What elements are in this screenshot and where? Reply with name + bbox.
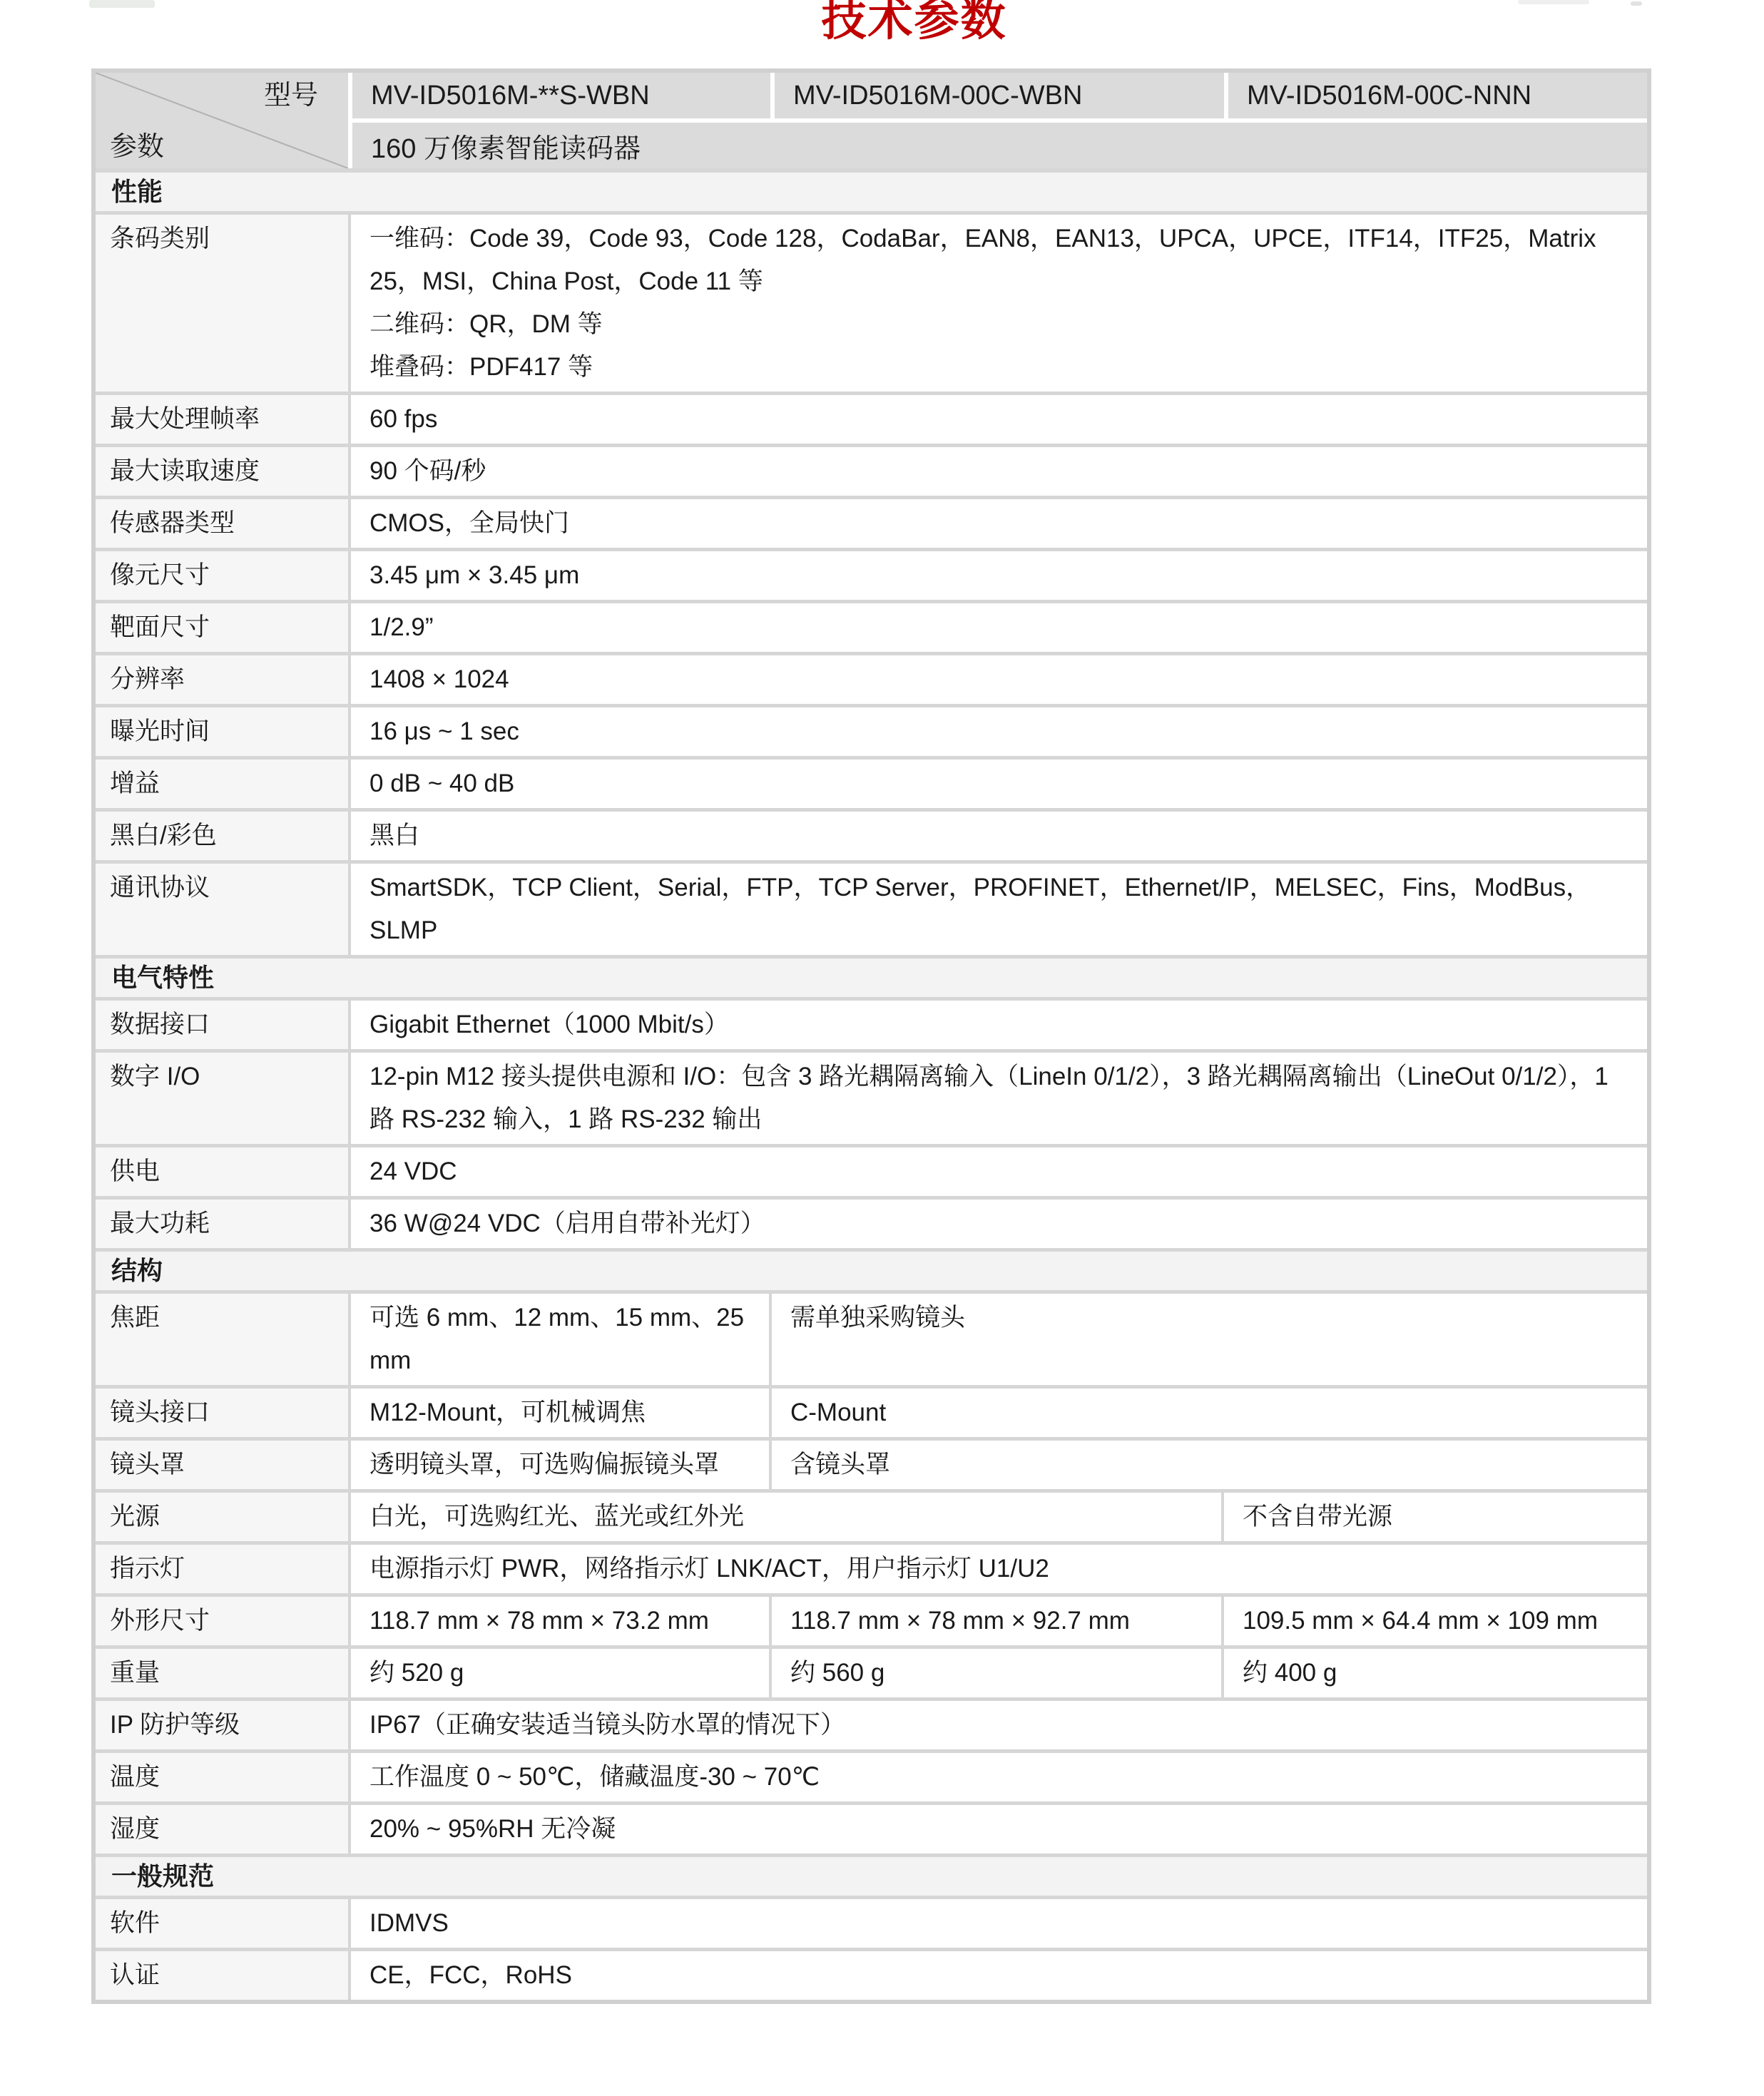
row-max-reading-speed: 最大读取速度 90 个码/秒 bbox=[96, 444, 1647, 496]
row-humidity: 湿度 20% ~ 95%RH 无冷凝 bbox=[96, 1801, 1647, 1854]
row-label: 光源 bbox=[96, 1493, 348, 1541]
row-max-processing-frame-rate: 最大处理帧率 60 fps bbox=[96, 392, 1647, 444]
row-value: Gigabit Ethernet（1000 Mbit/s） bbox=[348, 1001, 1647, 1049]
section-electrical: 电气特性 bbox=[96, 955, 1647, 997]
row-value: 3.45 μm × 3.45 μm bbox=[348, 551, 1647, 600]
row-label: 镜头接口 bbox=[96, 1389, 348, 1437]
row-value-model2: 约 560 g bbox=[769, 1649, 1221, 1697]
section-title: 一般规范 bbox=[96, 1857, 1647, 1896]
row-indicators: 指示灯 电源指示灯 PWR，网络指示灯 LNK/ACT，用户指示灯 U1/U2 bbox=[96, 1541, 1647, 1593]
row-value: 24 VDC bbox=[348, 1147, 1647, 1196]
row-value-model23: C-Mount bbox=[769, 1389, 1647, 1437]
row-value-model2: 118.7 mm × 78 mm × 92.7 mm bbox=[769, 1597, 1221, 1645]
section-general: 一般规范 bbox=[96, 1854, 1647, 1896]
row-label: 通讯协议 bbox=[96, 864, 348, 955]
row-label: 分辨率 bbox=[96, 655, 348, 704]
model-name-row: MV-ID5016M-**S-WBN MV-ID5016M-00C-WBN MV… bbox=[352, 73, 1647, 118]
header-corner-cell: 型号 参数 bbox=[96, 73, 348, 168]
row-communication-protocols: 通讯协议 SmartSDK，TCP Client，Serial，FTP，TCP … bbox=[96, 860, 1647, 955]
row-value: 1/2.9” bbox=[348, 603, 1647, 652]
row-pixel-size: 像元尺寸 3.45 μm × 3.45 μm bbox=[96, 548, 1647, 600]
model-name-1: MV-ID5016M-**S-WBN bbox=[352, 73, 770, 118]
section-structure: 结构 bbox=[96, 1248, 1647, 1290]
table-header: 型号 参数 MV-ID5016M-**S-WBN MV-ID5016M-00C-… bbox=[96, 73, 1647, 168]
row-label: 湿度 bbox=[96, 1805, 348, 1854]
row-label: 像元尺寸 bbox=[96, 551, 348, 600]
model-name-3: MV-ID5016M-00C-NNN bbox=[1228, 73, 1647, 118]
row-label: 黑白/彩色 bbox=[96, 812, 348, 860]
section-title: 电气特性 bbox=[96, 958, 1647, 997]
row-value: CMOS，全局快门 bbox=[348, 499, 1647, 548]
row-sensor-type: 传感器类型 CMOS，全局快门 bbox=[96, 496, 1647, 548]
row-value-model1: 可选 6 mm、12 mm、15 mm、25 mm bbox=[348, 1294, 769, 1385]
barcode-line-1d: 一维码：Code 39，Code 93，Code 128，CodaBar，EAN… bbox=[369, 218, 1634, 303]
row-digital-io: 数字 I/O 12-pin M12 接头提供电源和 I/O：包含 3 路光耦隔离… bbox=[96, 1049, 1647, 1144]
header-corner-model-label: 型号 bbox=[264, 78, 318, 113]
row-data-interface: 数据接口 Gigabit Ethernet（1000 Mbit/s） bbox=[96, 997, 1647, 1049]
barcode-line-2d: 二维码：QR，DM 等 bbox=[369, 303, 1634, 346]
row-label: 最大功耗 bbox=[96, 1200, 348, 1248]
row-label: 最大处理帧率 bbox=[96, 395, 348, 444]
row-sensor-format: 靶面尺寸 1/2.9” bbox=[96, 600, 1647, 652]
section-title: 性能 bbox=[96, 173, 1647, 211]
row-value-model12: 白光，可选购红光、蓝光或红外光 bbox=[348, 1493, 1221, 1541]
row-value: IP67（正确安装适当镜头防水罩的情况下） bbox=[348, 1701, 1647, 1749]
row-exposure-time: 曝光时间 16 μs ~ 1 sec bbox=[96, 704, 1647, 756]
row-lens-mount: 镜头接口 M12-Mount，可机械调焦 C-Mount bbox=[96, 1385, 1647, 1437]
row-value-model23: 需单独采购镜头 bbox=[769, 1294, 1647, 1385]
row-label: 传感器类型 bbox=[96, 499, 348, 548]
row-value: 36 W@24 VDC（启用自带补光灯） bbox=[348, 1200, 1647, 1248]
row-label: 数据接口 bbox=[96, 1001, 348, 1049]
row-value: IDMVS bbox=[348, 1899, 1647, 1948]
row-weight: 重量 约 520 g 约 560 g 约 400 g bbox=[96, 1645, 1647, 1697]
header-right: MV-ID5016M-**S-WBN MV-ID5016M-00C-WBN MV… bbox=[352, 73, 1647, 168]
row-certifications: 认证 CE，FCC，RoHS bbox=[96, 1948, 1647, 2000]
section-title: 结构 bbox=[96, 1252, 1647, 1290]
row-focal-length: 焦距 可选 6 mm、12 mm、15 mm、25 mm 需单独采购镜头 bbox=[96, 1290, 1647, 1385]
row-label: 最大读取速度 bbox=[96, 447, 348, 496]
row-value: SmartSDK，TCP Client，Serial，FTP，TCP Serve… bbox=[348, 864, 1647, 955]
page-title: 技术参数 bbox=[32, 0, 1764, 46]
header-corner-parameter-label: 参数 bbox=[110, 130, 164, 164]
row-label: 重量 bbox=[96, 1649, 348, 1697]
row-value: 16 μs ~ 1 sec bbox=[348, 707, 1647, 756]
row-value: 90 个码/秒 bbox=[348, 447, 1647, 496]
row-max-power-consumption: 最大功耗 36 W@24 VDC（启用自带补光灯） bbox=[96, 1196, 1647, 1248]
row-label: IP 防护等级 bbox=[96, 1701, 348, 1749]
row-label: 认证 bbox=[96, 1951, 348, 2000]
row-value: 1408 × 1024 bbox=[348, 655, 1647, 704]
row-label: 曝光时间 bbox=[96, 707, 348, 756]
row-label: 指示灯 bbox=[96, 1545, 348, 1593]
row-value-model1: 约 520 g bbox=[348, 1649, 769, 1697]
row-power-supply: 供电 24 VDC bbox=[96, 1144, 1647, 1196]
row-value: 60 fps bbox=[348, 395, 1647, 444]
row-value: 一维码：Code 39，Code 93，Code 128，CodaBar，EAN… bbox=[348, 215, 1647, 392]
row-value-model3: 约 400 g bbox=[1221, 1649, 1647, 1697]
section-performance: 性能 bbox=[96, 168, 1647, 211]
row-light-source: 光源 白光，可选购红光、蓝光或红外光 不含自带光源 bbox=[96, 1489, 1647, 1541]
row-label: 增益 bbox=[96, 760, 348, 808]
row-value: 工作温度 0 ~ 50℃，储藏温度-30 ~ 70℃ bbox=[348, 1753, 1647, 1801]
row-mono-color: 黑白/彩色 黑白 bbox=[96, 808, 1647, 860]
row-value: 20% ~ 95%RH 无冷凝 bbox=[348, 1805, 1647, 1854]
row-value-model23: 含镜头罩 bbox=[769, 1441, 1647, 1489]
row-value-model1: 透明镜头罩，可选购偏振镜头罩 bbox=[348, 1441, 769, 1489]
product-category-subheader: 160 万像素智能读码器 bbox=[352, 123, 1647, 168]
barcode-line-stacked: 堆叠码：PDF417 等 bbox=[369, 346, 1634, 389]
row-resolution: 分辨率 1408 × 1024 bbox=[96, 652, 1647, 704]
row-ip-rating: IP 防护等级 IP67（正确安装适当镜头防水罩的情况下） bbox=[96, 1697, 1647, 1749]
row-value: 黑白 bbox=[348, 812, 1647, 860]
row-value: CE，FCC，RoHS bbox=[348, 1951, 1647, 2000]
row-label: 软件 bbox=[96, 1899, 348, 1948]
row-label: 条码类别 bbox=[96, 215, 348, 392]
row-value: 0 dB ~ 40 dB bbox=[348, 760, 1647, 808]
row-software: 软件 IDMVS bbox=[96, 1896, 1647, 1948]
row-label: 温度 bbox=[96, 1753, 348, 1801]
row-barcode-types: 条码类别 一维码：Code 39，Code 93，Code 128，CodaBa… bbox=[96, 211, 1647, 392]
row-label: 靶面尺寸 bbox=[96, 603, 348, 652]
row-label: 镜头罩 bbox=[96, 1441, 348, 1489]
row-dimensions: 外形尺寸 118.7 mm × 78 mm × 73.2 mm 118.7 mm… bbox=[96, 1593, 1647, 1645]
spec-table: 型号 参数 MV-ID5016M-**S-WBN MV-ID5016M-00C-… bbox=[91, 68, 1651, 2004]
row-label: 供电 bbox=[96, 1147, 348, 1196]
row-value: 电源指示灯 PWR，网络指示灯 LNK/ACT，用户指示灯 U1/U2 bbox=[348, 1545, 1647, 1593]
row-value-model1: M12-Mount，可机械调焦 bbox=[348, 1389, 769, 1437]
row-value-model1: 118.7 mm × 78 mm × 73.2 mm bbox=[348, 1597, 769, 1645]
row-lens-cover: 镜头罩 透明镜头罩，可选购偏振镜头罩 含镜头罩 bbox=[96, 1437, 1647, 1489]
model-name-2: MV-ID5016M-00C-WBN bbox=[775, 73, 1224, 118]
row-label: 外形尺寸 bbox=[96, 1597, 348, 1645]
row-gain: 增益 0 dB ~ 40 dB bbox=[96, 756, 1647, 808]
row-temperature: 温度 工作温度 0 ~ 50℃，储藏温度-30 ~ 70℃ bbox=[96, 1749, 1647, 1801]
row-value-model3: 109.5 mm × 64.4 mm × 109 mm bbox=[1221, 1597, 1647, 1645]
row-label: 数字 I/O bbox=[96, 1053, 348, 1144]
row-value-model3: 不含自带光源 bbox=[1221, 1493, 1647, 1541]
row-label: 焦距 bbox=[96, 1294, 348, 1385]
row-value: 12-pin M12 接头提供电源和 I/O：包含 3 路光耦隔离输入（Line… bbox=[348, 1053, 1647, 1144]
